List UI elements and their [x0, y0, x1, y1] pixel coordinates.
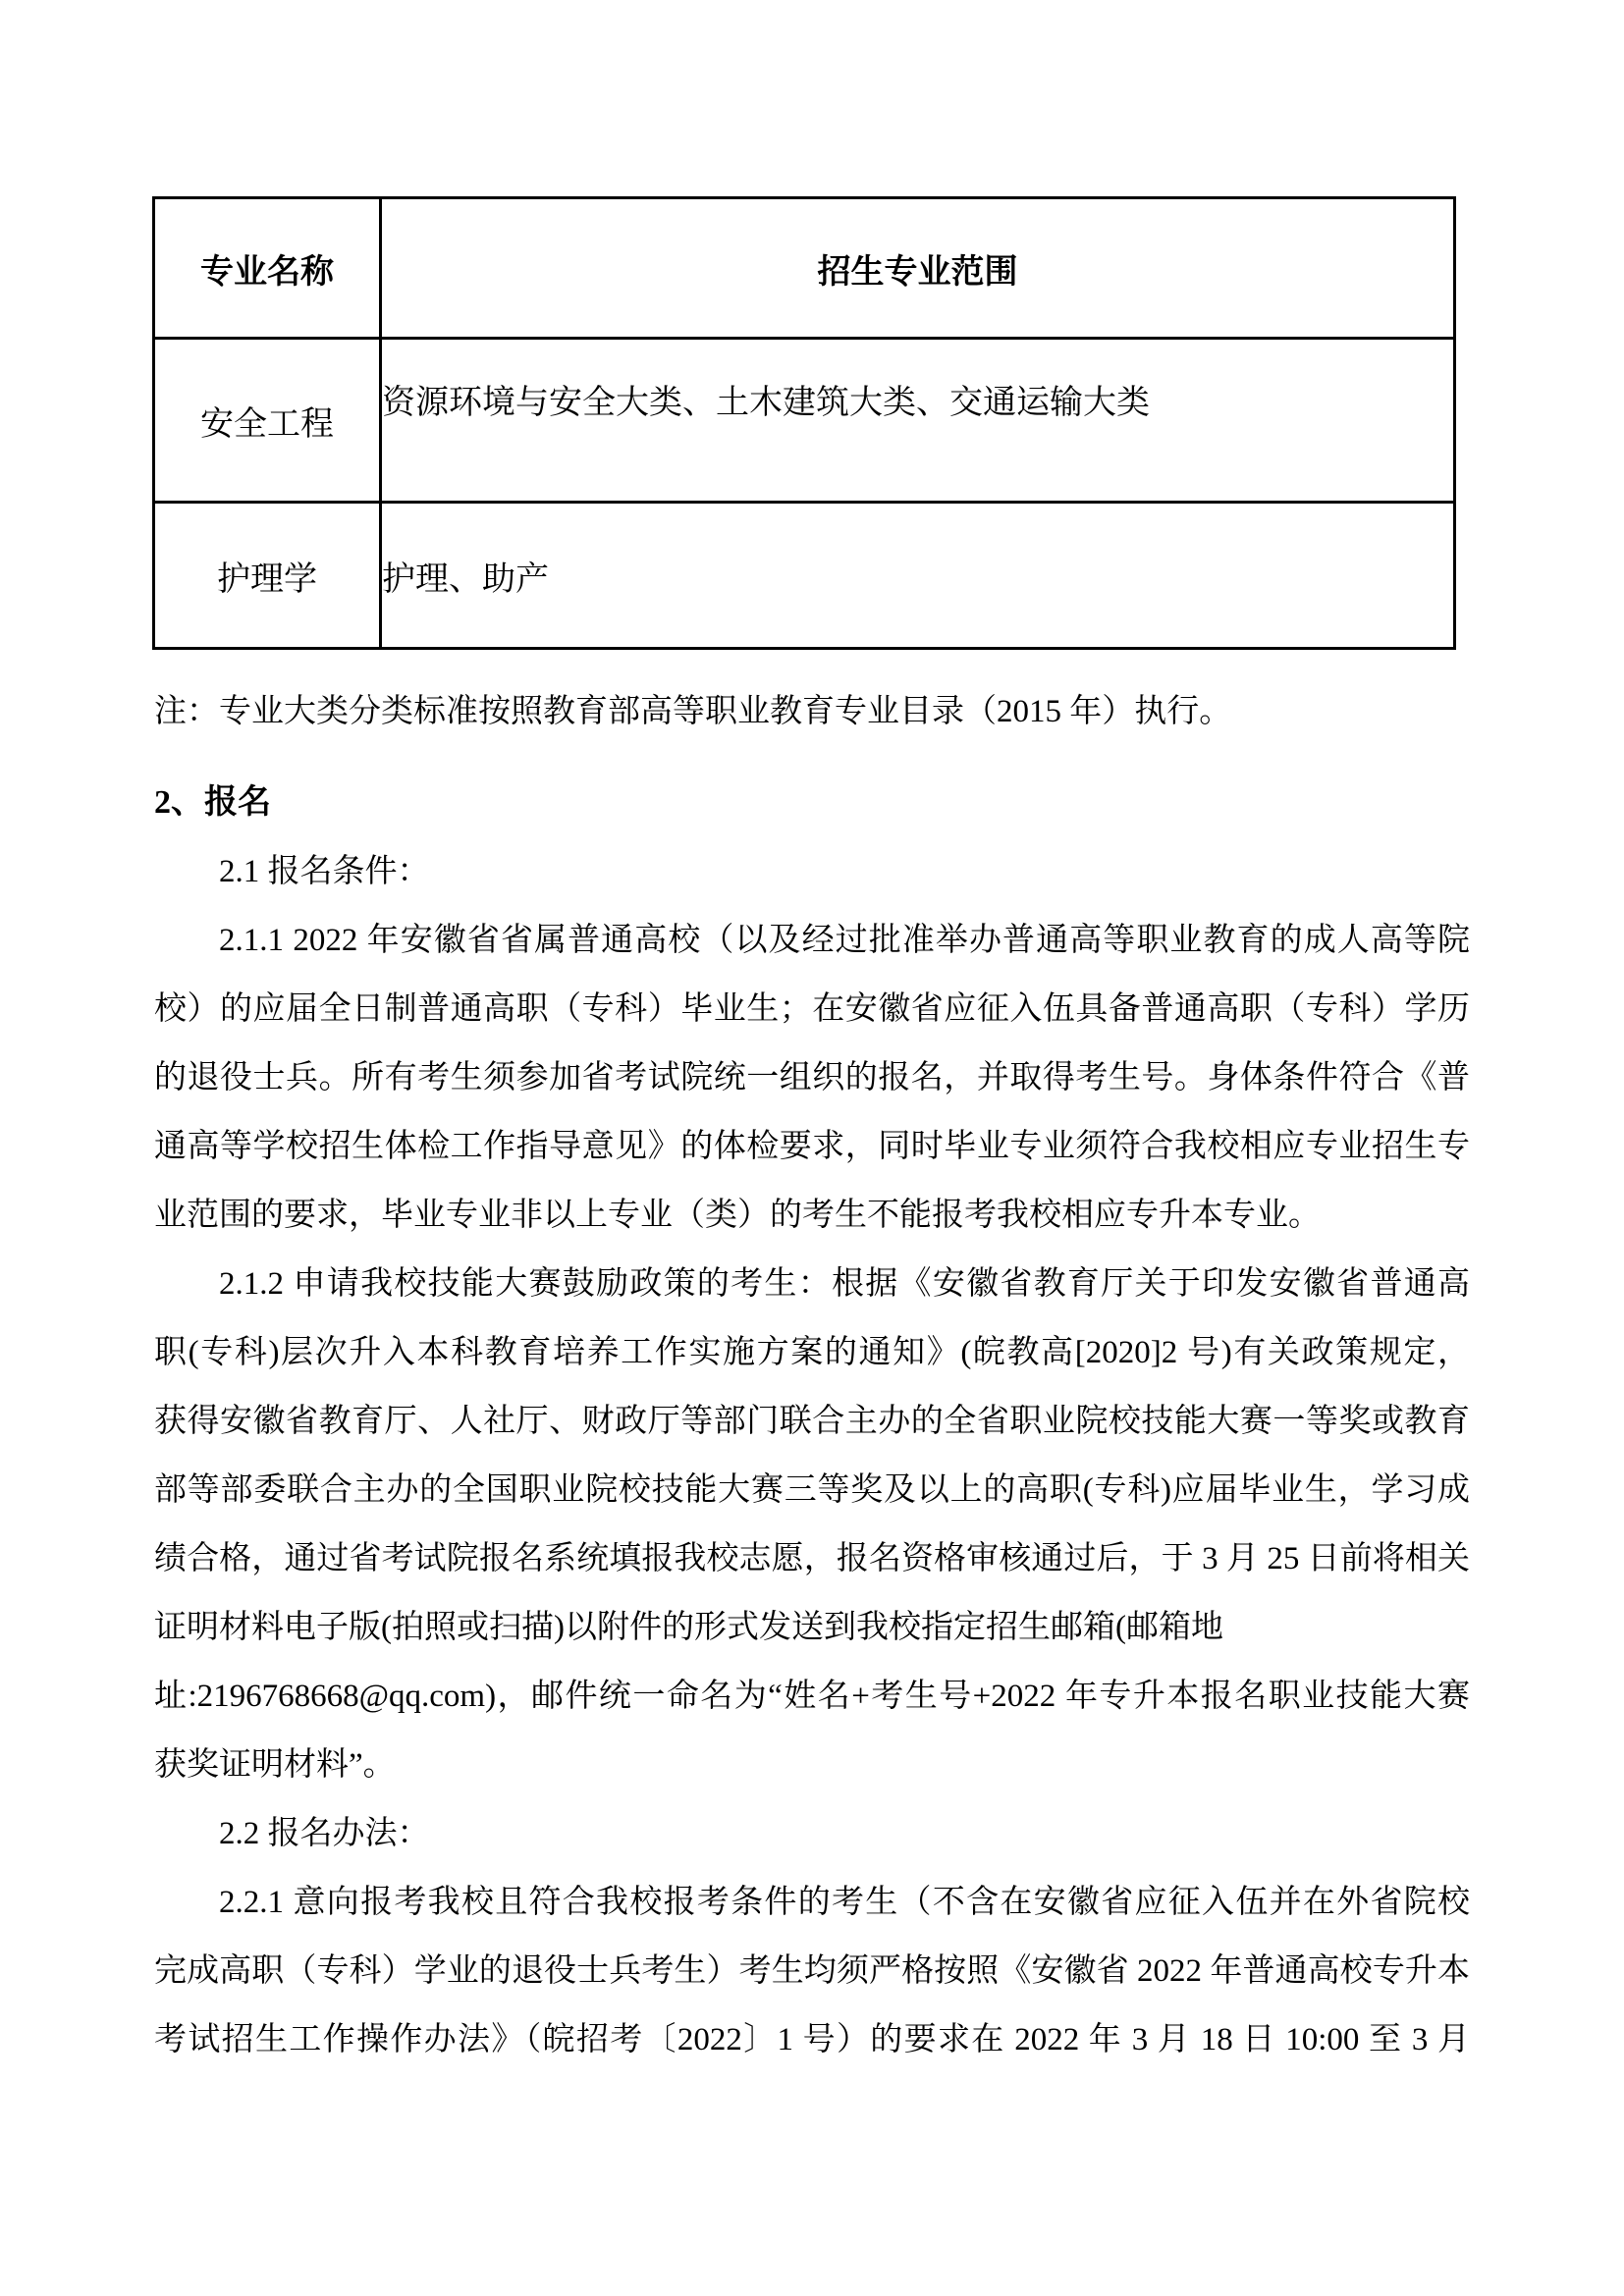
majors-table: 专业名称 招生专业范围 安全工程 资源环境与安全大类、土木建筑大类、交通运输大类…: [152, 196, 1456, 650]
cell-major-nursing: 护理学: [154, 503, 381, 649]
paragraph-line: 2.1.1 2022 年安徽省省属普通高校（以及经过批准举办普通高等职业教育的成…: [154, 906, 1470, 975]
table-row: 安全工程 资源环境与安全大类、土木建筑大类、交通运输大类: [154, 339, 1455, 503]
paragraph-line: 通高等学校招生体检工作指导意见》的体检要求，同时毕业专业须符合我校相应专业招生专: [154, 1112, 1470, 1181]
paragraph-line: 校）的应届全日制普通高职（专科）毕业生；在安徽省应征入伍具备普通高职（专科）学历: [154, 975, 1470, 1043]
cell-scope-nursing: 护理、助产: [381, 503, 1455, 649]
table-header-major: 专业名称: [154, 198, 381, 339]
paragraph-2-2-1: 2.2.1 意向报考我校且符合我校报考条件的考生（不含在安徽省应征入伍并在外省院…: [154, 1868, 1470, 2074]
paragraph-line: 2.2.1 意向报考我校且符合我校报考条件的考生（不含在安徽省应征入伍并在外省院…: [154, 1868, 1470, 1937]
cell-major-safety: 安全工程: [154, 339, 381, 503]
paragraph-2-1-1: 2.1.1 2022 年安徽省省属普通高校（以及经过批准举办普通高等职业教育的成…: [154, 906, 1470, 1250]
paragraph-line: 址:2196768668@qq.com)，邮件统一命名为“姓名+考生号+2022…: [154, 1662, 1470, 1731]
paragraph-line: 业范围的要求，毕业专业非以上专业（类）的考生不能报考我校相应专升本专业。: [154, 1181, 1470, 1250]
section-heading-2: 2、报名: [154, 769, 1470, 837]
table-header-scope: 招生专业范围: [381, 198, 1455, 339]
cell-scope-safety: 资源环境与安全大类、土木建筑大类、交通运输大类: [381, 339, 1455, 503]
paragraph-line: 的退役士兵。所有考生须参加省考试院统一组织的报名，并取得考生号。身体条件符合《普: [154, 1043, 1470, 1112]
note-line: 注：专业大类分类标准按照教育部高等职业教育专业目录（2015 年）执行。: [154, 677, 1470, 746]
paragraph-line: 绩合格，通过省考试院报名系统填报我校志愿，报名资格审核通过后，于 3 月 25 …: [154, 1524, 1470, 1593]
paragraph-line: 职(专科)层次升入本科教育培养工作实施方案的通知》(皖教高[2020]2 号)有…: [154, 1318, 1470, 1387]
document-page: 专业名称 招生专业范围 安全工程 资源环境与安全大类、土木建筑大类、交通运输大类…: [0, 0, 1624, 2296]
paragraph-line: 部等部委联合主办的全国职业院校技能大赛三等奖及以上的高职(专科)应届毕业生，学习…: [154, 1456, 1470, 1524]
table-header-row: 专业名称 招生专业范围: [154, 198, 1455, 339]
table-row: 护理学 护理、助产: [154, 503, 1455, 649]
paragraph-2-1-2: 2.1.2 申请我校技能大赛鼓励政策的考生：根据《安徽省教育厅关于印发安徽省普通…: [154, 1250, 1470, 1799]
paragraph-line: 完成高职（专科）学业的退役士兵考生）考生均须严格按照《安徽省 2022 年普通高…: [154, 1937, 1470, 2005]
paragraph-line: 获得安徽省教育厅、人社厅、财政厅等部门联合主办的全省职业院校技能大赛一等奖或教育: [154, 1387, 1470, 1456]
paragraph-line: 证明材料电子版(拍照或扫描)以附件的形式发送到我校指定招生邮箱(邮箱地: [154, 1593, 1470, 1662]
body-text: 注：专业大类分类标准按照教育部高等职业教育专业目录（2015 年）执行。 2、报…: [154, 677, 1470, 2074]
section-2-1-title: 2.1 报名条件：: [154, 837, 1470, 906]
paragraph-line: 2.1.2 申请我校技能大赛鼓励政策的考生：根据《安徽省教育厅关于印发安徽省普通…: [154, 1250, 1470, 1318]
paragraph-line: 获奖证明材料”。: [154, 1731, 1470, 1799]
section-2-2-title: 2.2 报名办法：: [154, 1799, 1470, 1868]
cell-scope-safety-text: 资源环境与安全大类、土木建筑大类、交通运输大类: [382, 375, 1150, 423]
paragraph-line: 考试招生工作操作办法》（皖招考〔2022〕1 号）的要求在 2022 年 3 月…: [154, 2005, 1470, 2074]
